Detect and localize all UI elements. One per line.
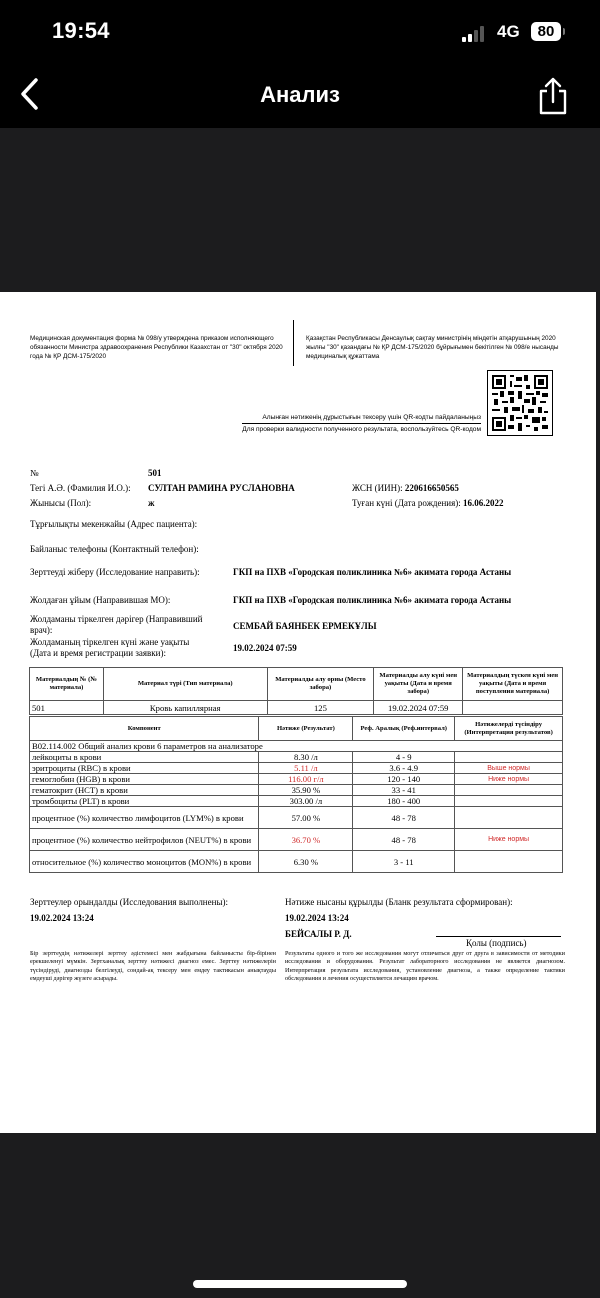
header-divider xyxy=(293,320,294,366)
result-value: 116.00 г/л xyxy=(259,774,353,785)
signer-name: БЕЙСАЛЫ Р. Д. xyxy=(285,929,352,939)
interpretation: Ниже нормы xyxy=(455,774,563,785)
reference-range: 120 - 140 xyxy=(353,774,455,785)
material-type: Кровь капиллярная xyxy=(103,701,267,715)
material-header: Материалды алу күні мен уақыты (Дата и в… xyxy=(374,668,463,701)
result-row: гематокрит (HCT) в крови35.90 %33 - 41 xyxy=(30,785,563,796)
header-right-text: Қазақстан Республикасы Денсаулық сақтау … xyxy=(306,334,566,361)
interpretation xyxy=(455,796,563,807)
component-name: относительное (%) количество моноцитов (… xyxy=(30,851,259,873)
referring-org-value: ГКП на ПХВ «Городская поликлиника №6» ак… xyxy=(233,595,511,605)
received-datetime xyxy=(463,701,563,715)
material-header: Материалдың түскен күні мен уақыты (Дата… xyxy=(463,668,563,701)
sex-label: Жынысы (Пол): xyxy=(30,498,91,508)
cellular-signal-icon xyxy=(462,26,490,42)
phone-label: Байланыс телефоны (Контактный телефон): xyxy=(30,544,199,554)
result-value: 57.00 % xyxy=(259,807,353,829)
interpretation xyxy=(455,807,563,829)
interpretation: Ниже нормы xyxy=(455,829,563,851)
number-label: № xyxy=(30,468,39,478)
qr-code[interactable] xyxy=(487,370,553,436)
reference-range: 4 - 9 xyxy=(353,752,455,763)
material-header: Материал түрі (Тип материала) xyxy=(103,668,267,701)
component-name: лейкоциты в крови xyxy=(30,752,259,763)
patient-name: СУЛТАН РАМИНА РУСЛАНОВНА xyxy=(148,483,295,493)
qr-code-icon xyxy=(492,375,548,431)
interpretation xyxy=(455,851,563,873)
dob-label: Туған күні (Дата рождения): xyxy=(352,498,461,508)
results-header: Нәтижелерді түсіндіру (Интерпретация рез… xyxy=(455,717,563,741)
collection-datetime: 19.02.2024 07:59 xyxy=(374,701,463,715)
collection-place: 125 xyxy=(267,701,374,715)
battery-level: 80 xyxy=(538,23,555,40)
component-name: процентное (%) количество нейтрофилов (N… xyxy=(30,829,259,851)
component-name: тромбоциты (PLT) в крови xyxy=(30,796,259,807)
result-value: 5.11 /л xyxy=(259,763,353,774)
component-name: гематокрит (HCT) в крови xyxy=(30,785,259,796)
component-name: гемоглобин (HGB) в крови xyxy=(30,774,259,785)
registration-label: Жолдаманың тіркелген күні және уақыты (Д… xyxy=(30,637,210,659)
referring-org-label: Жолдаған ұйым (Направившая МО): xyxy=(30,595,170,605)
doctor-value: СЕМБАЙ БАЯНБЕК ЕРМЕКҰЛЫ xyxy=(233,621,377,631)
material-number: 501 xyxy=(30,701,104,715)
interpretation xyxy=(455,785,563,796)
formed-label: Нәтиже нысаны құрылды (Бланк результата … xyxy=(285,897,513,907)
iin-value: 220616650565 xyxy=(405,483,459,493)
interpretation: Выше нормы xyxy=(455,763,563,774)
disclaimer-ru: Результаты одного и того же исследования… xyxy=(285,950,565,984)
result-row: эритроциты (RBC) в крови5.11 /л3.6 - 4.9… xyxy=(30,763,563,774)
page-title: Анализ xyxy=(0,82,600,108)
qr-note-kz: Алынған нәтиженің дұрыстығын тексеру үші… xyxy=(242,412,481,424)
reference-range: 3.6 - 4.9 xyxy=(353,763,455,774)
result-value: 35.90 % xyxy=(259,785,353,796)
reference-range: 48 - 78 xyxy=(353,807,455,829)
formed-value: 19.02.2024 13:24 xyxy=(285,913,349,923)
result-value: 36.70 % xyxy=(259,829,353,851)
network-type: 4G xyxy=(497,22,520,42)
doctor-label: Жолдаманы тіркелген дәрігер (Направивший… xyxy=(30,614,210,636)
share-icon xyxy=(536,76,570,116)
result-value: 6.30 % xyxy=(259,851,353,873)
dob-field: Туған күні (Дата рождения): 16.06.2022 xyxy=(352,498,504,508)
reference-range: 180 - 400 xyxy=(353,796,455,807)
results-table: Компонент Нәтиже (Результат) Реф. Аралық… xyxy=(29,716,563,873)
completed-value: 19.02.2024 13:24 xyxy=(30,913,94,923)
test-group: B02.114.002 Общий анализ крови 6 парамет… xyxy=(30,741,563,752)
name-label: Тегі А.Ә. (Фамилия И.О.): xyxy=(30,483,131,493)
reference-range: 33 - 41 xyxy=(353,785,455,796)
document-page: Медицинская документация форма № 098/у у… xyxy=(0,292,596,1133)
result-row: относительное (%) количество моноцитов (… xyxy=(30,851,563,873)
material-table: Материалдың № (№ материала) Материал түр… xyxy=(29,667,563,715)
material-header: Материалдың № (№ материала) xyxy=(30,668,104,701)
clock: 19:54 xyxy=(52,18,110,44)
qr-instructions: Алынған нәтиженің дұрыстығын тексеру үші… xyxy=(242,412,481,435)
qr-note-ru: Для проверки валидности полученного резу… xyxy=(242,424,481,435)
result-value: 8.30 /л xyxy=(259,752,353,763)
registration-value: 19.02.2024 07:59 xyxy=(233,643,297,653)
battery-icon: 80 xyxy=(531,22,561,41)
result-row: лейкоциты в крови8.30 /л4 - 9 xyxy=(30,752,563,763)
address-label: Тұрғылықты мекенжайы (Адрес пациента): xyxy=(30,519,197,529)
home-indicator[interactable] xyxy=(193,1280,407,1288)
interpretation xyxy=(455,752,563,763)
signature-line xyxy=(436,936,561,937)
completed-label: Зерттеулер орындалды (Исследования выпол… xyxy=(30,897,228,907)
results-header: Компонент xyxy=(30,717,259,741)
iin-field: ЖСН (ИИН): 220616650565 xyxy=(352,483,459,493)
share-button[interactable] xyxy=(536,76,570,116)
reference-range: 48 - 78 xyxy=(353,829,455,851)
sex-value: ж xyxy=(148,498,155,508)
component-name: процентное (%) количество лимфоцитов (LY… xyxy=(30,807,259,829)
signature-label: Қолы (подпись) xyxy=(466,938,527,948)
result-value: 303.00 /л xyxy=(259,796,353,807)
material-header: Материалды алу орны (Место забора) xyxy=(267,668,374,701)
results-header: Реф. Аралық (Реф.интервал) xyxy=(353,717,455,741)
component-name: эритроциты (RBC) в крови xyxy=(30,763,259,774)
disclaimer-kz: Бір зерттеудің нәтижелері зерттеу әдісте… xyxy=(30,950,276,984)
result-row: процентное (%) количество нейтрофилов (N… xyxy=(30,829,563,851)
result-row: гемоглобин (HGB) в крови116.00 г/л120 - … xyxy=(30,774,563,785)
referral-label: Зерттеуді жіберу (Исследование направить… xyxy=(30,567,200,577)
result-row: тромбоциты (PLT) в крови303.00 /л180 - 4… xyxy=(30,796,563,807)
results-header: Нәтиже (Результат) xyxy=(259,717,353,741)
dob-value: 16.06.2022 xyxy=(463,498,504,508)
reference-range: 3 - 11 xyxy=(353,851,455,873)
status-bar: 19:54 4G 80 xyxy=(0,0,600,66)
referral-value: ГКП на ПХВ «Городская поликлиника №6» ак… xyxy=(233,567,511,577)
result-row: процентное (%) количество лимфоцитов (LY… xyxy=(30,807,563,829)
iin-label: ЖСН (ИИН): xyxy=(352,483,403,493)
number-value: 501 xyxy=(148,468,162,478)
header-left-text: Медицинская документация форма № 098/у у… xyxy=(30,334,285,361)
navigation-bar: Анализ xyxy=(0,66,600,128)
